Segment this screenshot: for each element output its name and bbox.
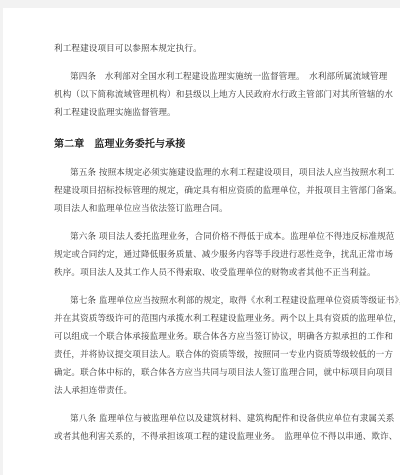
paragraph-line: 项目法人和监理单位应当依法签订监理合同。: [54, 200, 354, 218]
document-page: 利工程建设项目可以参照本规定执行。 第四条 水利部对全国水利工程建设监理实施统一…: [3, 8, 400, 475]
paragraph-line: 可以组成一个联合体承接监理业务。联合体各方应当签订协议，明确各方拟承担的工作和: [54, 328, 354, 346]
paragraph-line: 或者其他利害关系的，不得承担该项工程的建设监理业务。 监理单位不得以串通、欺诈、: [54, 428, 354, 446]
paragraph-line: 规定或合同约定，通过降低服务质量、减少服务内容等手段进行恶性竞争，扰乱正常市场: [54, 246, 354, 264]
paragraph-line: 责任，并将协议提交项目法人。联合体的资质等级，按照同一专业内资质等级较低的一方: [54, 346, 354, 364]
paragraph-line: 机构（以下简称流域管理机构）和县级以上地方人民政府水行政主管部门对其所管辖的水: [54, 86, 354, 104]
paragraph-gap: [54, 400, 354, 410]
paragraph-line: 利工程建设项目可以参照本规定执行。: [54, 40, 354, 58]
paragraph-line: 第六条 项目法人委托监理业务，合同价格不得低于成本。监理单位不得违反标准规范: [54, 228, 354, 246]
paragraph-line: 确定。联合体中标的，联合体各方应当共同与项目法人签订监理合同，就中标项目向项目: [54, 364, 354, 382]
paragraph-gap: [54, 282, 354, 292]
article-5-paragraph: 第五条 按照本规定必须实施建设监理的水利工程建设项目，项目法人应当按照水利工 程…: [54, 164, 354, 218]
document-content: 利工程建设项目可以参照本规定执行。 第四条 水利部对全国水利工程建设监理实施统一…: [54, 40, 354, 446]
paragraph-line: 第七条 监理单位应当按照水利部的规定，取得《水利工程建设监理单位资质等级证书》，: [54, 292, 354, 310]
paragraph-line: 并在其资质等级许可的范围内承揽水利工程建设监理业务。两个以上具有资质的监理单位，: [54, 310, 354, 328]
paragraph-gap: [54, 218, 354, 228]
article-8-paragraph: 第八条 监理单位与被监理单位以及建筑材料、建筑构配件和设备供应单位有隶属关系 或…: [54, 410, 354, 446]
paragraph-line: 利工程建设监理实施监督管理。: [54, 104, 354, 122]
paragraph-line: 秩序。项目法人及其工作人员不得索取、收受监理单位的财物或者其他不正当利益。: [54, 264, 354, 282]
paragraph-line: 第四条 水利部对全国水利工程建设监理实施统一监督管理。 水利部所属流域管理: [54, 68, 354, 86]
article-4-paragraph: 第四条 水利部对全国水利工程建设监理实施统一监督管理。 水利部所属流域管理 机构…: [54, 68, 354, 122]
paragraph-line: 第五条 按照本规定必须实施建设监理的水利工程建设项目，项目法人应当按照水利工: [54, 164, 354, 182]
chapter-heading: 第二章 监理业务委托与承接: [54, 136, 354, 154]
paragraph-line: 程建设项目招标投标管理的规定，确定具有相应资质的监理单位，并报项目主管部门备案。: [54, 182, 354, 200]
paragraph-gap: [54, 58, 354, 68]
paragraph-line: 第八条 监理单位与被监理单位以及建筑材料、建筑构配件和设备供应单位有隶属关系: [54, 410, 354, 428]
article-7-paragraph: 第七条 监理单位应当按照水利部的规定，取得《水利工程建设监理单位资质等级证书》，…: [54, 292, 354, 400]
paragraph-line: 法人承担连带责任。: [54, 382, 354, 400]
article-6-paragraph: 第六条 项目法人委托监理业务，合同价格不得低于成本。监理单位不得违反标准规范 规…: [54, 228, 354, 282]
